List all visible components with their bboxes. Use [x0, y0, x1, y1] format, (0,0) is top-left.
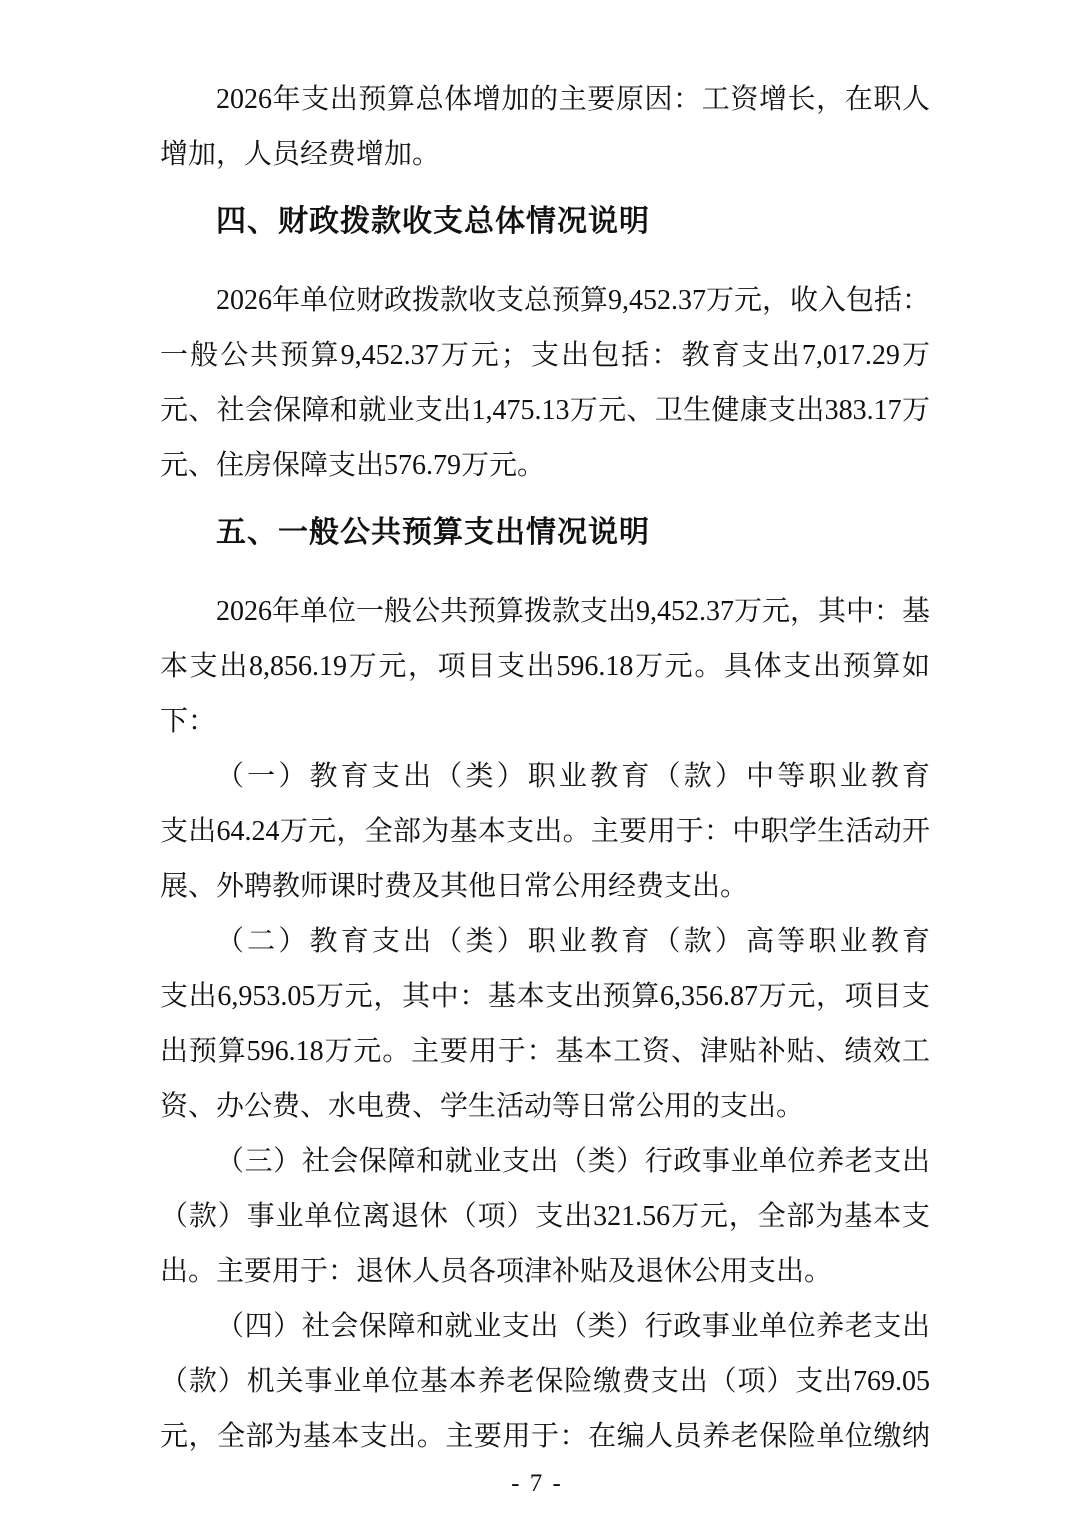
- body-line: 本支出8,856.19万元，项目支出596.18万元。具体支出预算如: [160, 639, 930, 694]
- body-line: 下：: [160, 694, 930, 749]
- page-number: - 7 -: [0, 1470, 1074, 1498]
- body-line: 2026年支出预算总体增加的主要原因：工资增长，在职人数: [160, 72, 930, 127]
- body-line: （三）社会保障和就业支出（类）行政事业单位养老支出: [160, 1134, 930, 1189]
- body-line: （款）事业单位离退休（项）支出321.56万元，全部为基本支: [160, 1189, 930, 1244]
- body-line: 出预算596.18万元。主要用于：基本工资、津贴补贴、绩效工: [160, 1024, 930, 1079]
- body-line: 元、社会保障和就业支出1,475.13万元、卫生健康支出383.17万: [160, 383, 930, 438]
- body-line: （二）教育支出（类）职业教育（款）高等职业教育（项）: [160, 914, 930, 969]
- body-line: 2026年单位一般公共预算拨款支出9,452.37万元，其中：基: [160, 584, 930, 639]
- body-line: 元、住房保障支出576.79万元。: [160, 438, 930, 493]
- body-line: 资、办公费、水电费、学生活动等日常公用的支出。: [160, 1079, 930, 1134]
- body-line: （四）社会保障和就业支出（类）行政事业单位养老支出: [160, 1299, 930, 1354]
- body-line: （款）机关事业单位基本养老保险缴费支出（项）支出769.05万: [160, 1354, 930, 1409]
- body-line: 支出64.24万元，全部为基本支出。主要用于：中职学生活动开: [160, 804, 930, 859]
- section-heading-5: 五、一般公共预算支出情况说明: [160, 505, 930, 560]
- section-heading-4: 四、财政拨款收支总体情况说明: [160, 194, 930, 249]
- document-page: 2026年支出预算总体增加的主要原因：工资增长，在职人数 增加，人员经费增加。 …: [0, 0, 1074, 1520]
- body-line: 元，全部为基本支出。主要用于：在编人员养老保险单位缴纳部: [160, 1409, 930, 1464]
- body-line: 展、外聘教师课时费及其他日常公用经费支出。: [160, 859, 930, 914]
- body-line: （一）教育支出（类）职业教育（款）中等职业教育（项）: [160, 749, 930, 804]
- body-line: 一般公共预算9,452.37万元；支出包括：教育支出7,017.29万: [160, 328, 930, 383]
- document-body: 2026年支出预算总体增加的主要原因：工资增长，在职人数 增加，人员经费增加。 …: [160, 72, 930, 1464]
- body-line: 2026年单位财政拨款收支总预算9,452.37万元，收入包括：: [160, 273, 930, 328]
- body-line: 增加，人员经费增加。: [160, 127, 930, 182]
- body-line: 出。主要用于：退休人员各项津补贴及退休公用支出。: [160, 1244, 930, 1299]
- body-line: 支出6,953.05万元，其中：基本支出预算6,356.87万元，项目支: [160, 969, 930, 1024]
